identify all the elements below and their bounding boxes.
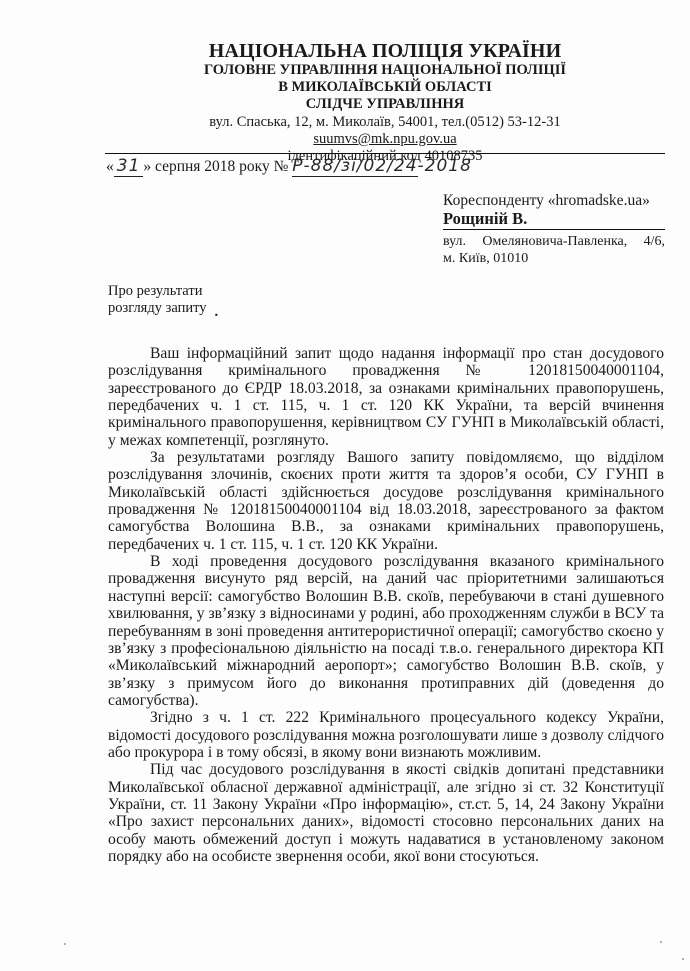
- region-name: В МИКОЛАЇВСЬКІЙ ОБЛАСТІ: [105, 79, 665, 96]
- body-paragraph: Згідно з ч. 1 ст. 222 Кримінального проц…: [108, 709, 664, 761]
- letterhead-divider: [105, 153, 665, 154]
- recipient-block: Кореспонденту «hromadske.ua» Рощиній В. …: [443, 192, 665, 267]
- org-address: вул. Спаська, 12, м. Миколаїв, 54001, те…: [105, 114, 665, 131]
- quote-open: «: [106, 158, 114, 175]
- street-number: 4/6,: [644, 233, 665, 250]
- quote-close: »: [143, 158, 151, 175]
- recipient-address: вул. Омеляновича-Павленка, 4/6, м. Київ,…: [443, 233, 665, 267]
- handwritten-reg-year: -2018: [418, 156, 472, 176]
- letterhead: НАЦІОНАЛЬНА ПОЛІЦІЯ УКРАЇНИ ГОЛОВНЕ УПРА…: [105, 40, 665, 165]
- subject-block: Про результати розгляду запиту.: [108, 283, 218, 317]
- body-paragraph: За результатами розгляду Вашого запиту п…: [108, 449, 664, 553]
- scan-speck: [64, 943, 66, 945]
- org-email-link[interactable]: suumvs@mk.npu.gov.ua: [105, 131, 665, 148]
- body-paragraph: Під час досудового розслідування в якост…: [108, 761, 664, 865]
- date-and-number-line: «31» серпня 2018 року № Р-88/зі/02/24-20…: [106, 156, 472, 177]
- handwritten-reg-number: Р-88/зі/02/24: [292, 156, 417, 177]
- dept-name: ГОЛОВНЕ УПРАВЛІННЯ НАЦІОНАЛЬНОЇ ПОЛІЦІЇ: [105, 62, 665, 79]
- subject-mark: .: [214, 304, 218, 321]
- recipient-city: м. Київ, 01010: [443, 250, 665, 267]
- letter-page: НАЦІОНАЛЬНА ПОЛІЦІЯ УКРАЇНИ ГОЛОВНЕ УПРА…: [0, 0, 690, 971]
- subject-line-1: Про результати: [108, 283, 218, 300]
- recipient-name: Рощиній В.: [443, 209, 665, 230]
- body-paragraph: В ході проведення досудового розслідуван…: [108, 553, 664, 709]
- subject-line-2: розгляду запиту: [108, 300, 206, 316]
- street-label: вул.: [443, 233, 466, 250]
- scan-speck: [682, 958, 684, 960]
- month-year: серпня 2018 року №: [151, 158, 292, 175]
- org-name: НАЦІОНАЛЬНА ПОЛІЦІЯ УКРАЇНИ: [105, 40, 665, 62]
- street-name: Омеляновича-Павленка,: [482, 233, 627, 250]
- scan-speck: [660, 941, 662, 943]
- unit-name: СЛІДЧЕ УПРАВЛІННЯ: [105, 96, 665, 113]
- recipient-title: Кореспонденту «hromadske.ua»: [443, 192, 665, 209]
- body-paragraph: Ваш інформаційний запит щодо надання інф…: [108, 345, 664, 449]
- letter-body: Ваш інформаційний запит щодо надання інф…: [108, 345, 664, 865]
- handwritten-day: 31: [114, 156, 144, 177]
